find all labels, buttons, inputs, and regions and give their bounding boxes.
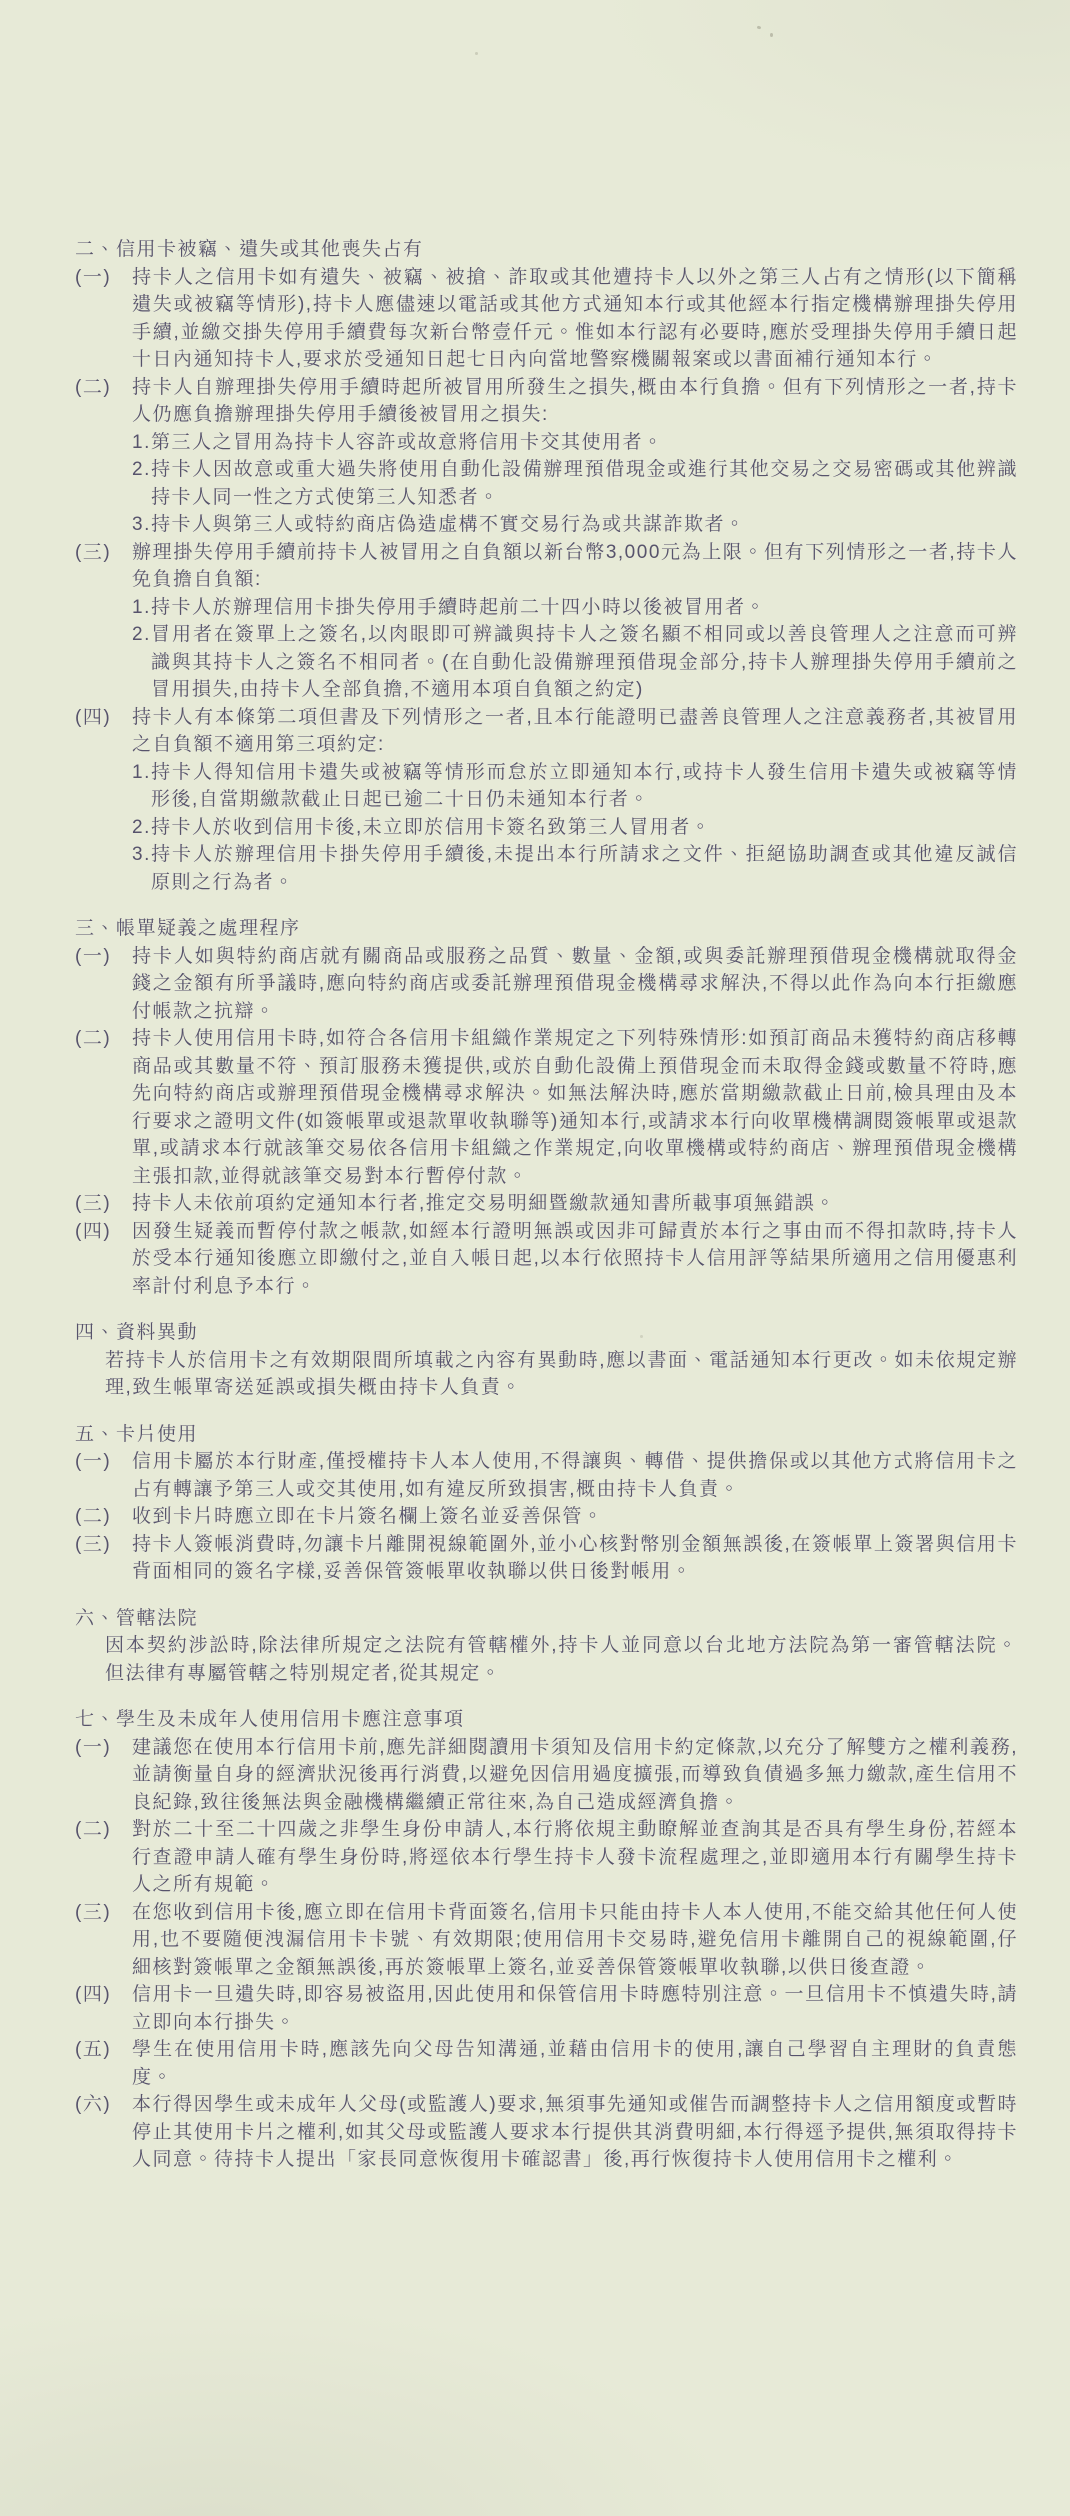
clause-label: (二) [75, 374, 132, 429]
clause-label: (三) [75, 539, 132, 594]
section-heading: 四、資料異動 [75, 1319, 1018, 1347]
clause-label: (一) [75, 264, 132, 374]
terms-section: 三、帳單疑義之處理程序(一)持卡人如與特約商店就有關商品或服務之品質、數量、金額… [75, 915, 1018, 1300]
clause-subitem: 1.持卡人於辦理信用卡掛失停用手續時起前二十四小時以後被冒用者。 [132, 594, 1018, 622]
scanned-terms-page: 二、信用卡被竊、遺失或其他喪失占有(一)持卡人之信用卡如有遺失、被竊、被搶、詐取… [0, 0, 1070, 2516]
clause-label: (一) [75, 1448, 132, 1503]
clause-label: 3. [132, 511, 151, 539]
clause-text: 第三人之冒用為持卡人容許或故意將信用卡交其使用者。 [151, 429, 1018, 457]
clause-item: (二)對於二十至二十四歲之非學生身份申請人,本行將依規主動瞭解並查詢其是否具有學… [75, 1816, 1018, 1899]
section-heading: 三、帳單疑義之處理程序 [75, 915, 1018, 943]
clause-label: (三) [75, 1190, 132, 1218]
scan-speck [770, 33, 773, 37]
clause-subitem: 2.持卡人因故意或重大過失將使用自動化設備辦理預借現金或進行其他交易之交易密碼或… [132, 456, 1018, 511]
clause-item: (四)信用卡一旦遺失時,即容易被盜用,因此使用和保管信用卡時應特別注意。一旦信用… [75, 1981, 1018, 2036]
clause-item: (三)持卡人未依前項約定通知本行者,推定交易明細暨繳款通知書所載事項無錯誤。 [75, 1190, 1018, 1218]
clause-text: 持卡人與第三人或特約商店偽造虛構不實交易行為或共謀詐欺者。 [151, 511, 1018, 539]
clause-item: (三)持卡人簽帳消費時,勿讓卡片離開視線範圍外,並小心核對幣別金額無誤後,在簽帳… [75, 1531, 1018, 1586]
terms-section: 二、信用卡被竊、遺失或其他喪失占有(一)持卡人之信用卡如有遺失、被竊、被搶、詐取… [75, 236, 1018, 896]
clause-paragraph: 因本契約涉訟時,除法律所規定之法院有管轄權外,持卡人並同意以台北地方法院為第一審… [105, 1632, 1018, 1687]
clause-label: (一) [75, 943, 132, 1026]
clause-text: 收到卡片時應立即在卡片簽名欄上簽名並妥善保管。 [132, 1503, 1018, 1531]
clause-label: (二) [75, 1816, 132, 1899]
clause-text: 持卡人使用信用卡時,如符合各信用卡組織作業規定之下列特殊情形:如預訂商品未獲特約… [132, 1025, 1018, 1190]
clause-label: 1. [132, 429, 151, 457]
clause-label: 1. [132, 759, 151, 814]
clause-text: 本行得因學生或未成年人父母(或監護人)要求,無須事先通知或催告而調整持卡人之信用… [132, 2091, 1018, 2174]
clause-item: (一)建議您在使用本行信用卡前,應先詳細閱讀用卡須知及信用卡約定條款,以充分了解… [75, 1734, 1018, 1817]
clause-text: 持卡人自辦理掛失停用手續時起所被冒用所發生之損失,概由本行負擔。但有下列情形之一… [132, 374, 1018, 429]
clause-text: 信用卡一旦遺失時,即容易被盜用,因此使用和保管信用卡時應特別注意。一旦信用卡不慎… [132, 1981, 1018, 2036]
terms-section: 六、管轄法院因本契約涉訟時,除法律所規定之法院有管轄權外,持卡人並同意以台北地方… [75, 1605, 1018, 1688]
clause-item: (一)持卡人如與特約商店就有關商品或服務之品質、數量、金額,或與委託辦理預借現金… [75, 943, 1018, 1026]
clause-item: (三)在您收到信用卡後,應立即在信用卡背面簽名,信用卡只能由持卡人本人使用,不能… [75, 1899, 1018, 1982]
clause-label: 1. [132, 594, 151, 622]
clause-subitem: 2.冒用者在簽單上之簽名,以肉眼即可辨識與持卡人之簽名顯不相同或以善良管理人之注… [132, 621, 1018, 704]
clause-label: 3. [132, 841, 151, 896]
clause-text: 持卡人如與特約商店就有關商品或服務之品質、數量、金額,或與委託辦理預借現金機構就… [132, 943, 1018, 1026]
clause-paragraph: 若持卡人於信用卡之有效期限間所填載之內容有異動時,應以書面、電話通知本行更改。如… [105, 1347, 1018, 1402]
clause-label: 2. [132, 814, 151, 842]
clause-item: (一)信用卡屬於本行財產,僅授權持卡人本人使用,不得讓與、轉借、提供擔保或以其他… [75, 1448, 1018, 1503]
clause-subitem: 1.第三人之冒用為持卡人容許或故意將信用卡交其使用者。 [132, 429, 1018, 457]
clause-item: (四)持卡人有本條第二項但書及下列情形之一者,且本行能證明已盡善良管理人之注意義… [75, 704, 1018, 759]
clause-text: 因發生疑義而暫停付款之帳款,如經本行證明無誤或因非可歸責於本行之事由而不得扣款時… [132, 1218, 1018, 1301]
terms-section: 四、資料異動若持卡人於信用卡之有效期限間所填載之內容有異動時,應以書面、電話通知… [75, 1319, 1018, 1402]
clause-text: 持卡人未依前項約定通知本行者,推定交易明細暨繳款通知書所載事項無錯誤。 [132, 1190, 1018, 1218]
clause-label: (一) [75, 1734, 132, 1817]
clause-text: 建議您在使用本行信用卡前,應先詳細閱讀用卡須知及信用卡約定條款,以充分了解雙方之… [132, 1734, 1018, 1817]
clause-label: (四) [75, 704, 132, 759]
clause-text: 學生在使用信用卡時,應該先向父母告知溝通,並藉由信用卡的使用,讓自己學習自主理財… [132, 2036, 1018, 2091]
clause-subitem: 3.持卡人與第三人或特約商店偽造虛構不實交易行為或共謀詐欺者。 [132, 511, 1018, 539]
clause-text: 持卡人於辦理信用卡掛失停用手續時起前二十四小時以後被冒用者。 [151, 594, 1018, 622]
clause-item: (一)持卡人之信用卡如有遺失、被竊、被搶、詐取或其他遭持卡人以外之第三人占有之情… [75, 264, 1018, 374]
clause-text: 持卡人於辦理信用卡掛失停用手續後,未提出本行所請求之文件、拒絕協助調查或其他違反… [151, 841, 1018, 896]
scan-speck [757, 25, 762, 29]
clause-item: (五)學生在使用信用卡時,應該先向父母告知溝通,並藉由信用卡的使用,讓自己學習自… [75, 2036, 1018, 2091]
clause-label: (三) [75, 1899, 132, 1982]
clause-text: 持卡人因故意或重大過失將使用自動化設備辦理預借現金或進行其他交易之交易密碼或其他… [151, 456, 1018, 511]
clause-text: 持卡人之信用卡如有遺失、被竊、被搶、詐取或其他遭持卡人以外之第三人占有之情形(以… [132, 264, 1018, 374]
clause-text: 冒用者在簽單上之簽名,以肉眼即可辨識與持卡人之簽名顯不相同或以善良管理人之注意而… [151, 621, 1018, 704]
section-heading: 六、管轄法院 [75, 1605, 1018, 1633]
clause-text: 辦理掛失停用手續前持卡人被冒用之自負額以新台幣3,000元為上限。但有下列情形之… [132, 539, 1018, 594]
clause-label: 2. [132, 456, 151, 511]
clause-text: 持卡人得知信用卡遺失或被竊等情形而怠於立即通知本行,或持卡人發生信用卡遺失或被竊… [151, 759, 1018, 814]
clause-label: (六) [75, 2091, 132, 2174]
clause-item: (四)因發生疑義而暫停付款之帳款,如經本行證明無誤或因非可歸責於本行之事由而不得… [75, 1218, 1018, 1301]
clause-subitem: 2.持卡人於收到信用卡後,未立即於信用卡簽名致第三人冒用者。 [132, 814, 1018, 842]
clause-item: (二)持卡人自辦理掛失停用手續時起所被冒用所發生之損失,概由本行負擔。但有下列情… [75, 374, 1018, 429]
clause-subitem: 3.持卡人於辦理信用卡掛失停用手續後,未提出本行所請求之文件、拒絕協助調查或其他… [132, 841, 1018, 896]
clause-item: (六)本行得因學生或未成年人父母(或監護人)要求,無須事先通知或催告而調整持卡人… [75, 2091, 1018, 2174]
clause-label: (三) [75, 1531, 132, 1586]
clause-text: 持卡人有本條第二項但書及下列情形之一者,且本行能證明已盡善良管理人之注意義務者,… [132, 704, 1018, 759]
section-heading: 五、卡片使用 [75, 1421, 1018, 1449]
clause-subitem: 1.持卡人得知信用卡遺失或被竊等情形而怠於立即通知本行,或持卡人發生信用卡遺失或… [132, 759, 1018, 814]
clause-label: (四) [75, 1981, 132, 2036]
clause-text: 信用卡屬於本行財產,僅授權持卡人本人使用,不得讓與、轉借、提供擔保或以其他方式將… [132, 1448, 1018, 1503]
section-heading: 二、信用卡被竊、遺失或其他喪失占有 [75, 236, 1018, 264]
scan-speck [475, 52, 478, 55]
clause-text: 持卡人簽帳消費時,勿讓卡片離開視線範圍外,並小心核對幣別金額無誤後,在簽帳單上簽… [132, 1531, 1018, 1586]
terms-section: 七、學生及未成年人使用信用卡應注意事項(一)建議您在使用本行信用卡前,應先詳細閱… [75, 1706, 1018, 2174]
clause-label: (二) [75, 1503, 132, 1531]
terms-section: 五、卡片使用(一)信用卡屬於本行財產,僅授權持卡人本人使用,不得讓與、轉借、提供… [75, 1421, 1018, 1586]
clause-label: (五) [75, 2036, 132, 2091]
clause-text: 對於二十至二十四歲之非學生身份申請人,本行將依規主動瞭解並查詢其是否具有學生身份… [132, 1816, 1018, 1899]
clause-label: (四) [75, 1218, 132, 1301]
clause-item: (二)收到卡片時應立即在卡片簽名欄上簽名並妥善保管。 [75, 1503, 1018, 1531]
clause-label: (二) [75, 1025, 132, 1190]
clause-label: 2. [132, 621, 151, 704]
clause-item: (三)辦理掛失停用手續前持卡人被冒用之自負額以新台幣3,000元為上限。但有下列… [75, 539, 1018, 594]
clause-text: 持卡人於收到信用卡後,未立即於信用卡簽名致第三人冒用者。 [151, 814, 1018, 842]
clause-text: 在您收到信用卡後,應立即在信用卡背面簽名,信用卡只能由持卡人本人使用,不能交給其… [132, 1899, 1018, 1982]
section-heading: 七、學生及未成年人使用信用卡應注意事項 [75, 1706, 1018, 1734]
document-body: 二、信用卡被竊、遺失或其他喪失占有(一)持卡人之信用卡如有遺失、被竊、被搶、詐取… [75, 236, 1018, 2174]
clause-item: (二)持卡人使用信用卡時,如符合各信用卡組織作業規定之下列特殊情形:如預訂商品未… [75, 1025, 1018, 1190]
